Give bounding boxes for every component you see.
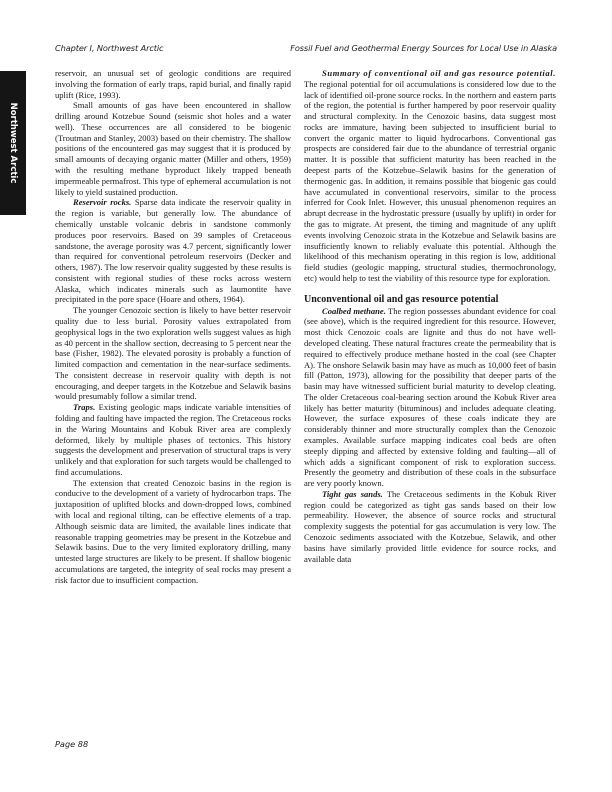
paragraph: Small amounts of gas have been encounter… [55, 100, 291, 197]
page-number: Page 88 [55, 739, 88, 749]
run-in-heading: Traps. [73, 402, 95, 412]
left-column: reservoir, an unusual set of geologic co… [55, 68, 291, 586]
paragraph-text: The regional potential for oil accumulat… [304, 79, 556, 283]
paragraph-text: The region possesses abundant evidence f… [304, 306, 556, 489]
paragraph-text: Sparse data indicate the reservoir quali… [55, 197, 291, 304]
paragraph-text: Existing geologic maps indicate variable… [55, 402, 291, 477]
paragraph: reservoir, an unusual set of geologic co… [55, 68, 291, 100]
side-tab-label: Northwest Arctic [8, 103, 18, 184]
running-header: Chapter I, Northwest Arctic Fossil Fuel … [55, 43, 557, 53]
paragraph-traps: Traps. Existing geologic maps indicate v… [55, 402, 291, 477]
section-side-tab: Northwest Arctic [0, 71, 26, 215]
run-in-heading: Coalbed methane. [322, 306, 386, 316]
paragraph-tight-gas-sands: Tight gas sands. The Cretaceous sediment… [304, 489, 556, 564]
paragraph-reservoir-rocks: Reservoir rocks. Sparse data indicate th… [55, 197, 291, 305]
chapter-title: Chapter I, Northwest Arctic [55, 43, 163, 53]
section-heading: Unconventional oil and gas resource pote… [304, 294, 556, 306]
paragraph-summary: Summary of conventional oil and gas reso… [304, 68, 556, 284]
paragraph: The extension that created Cenozoic basi… [55, 478, 291, 586]
run-in-heading: Reservoir rocks. [73, 197, 131, 207]
report-title: Fossil Fuel and Geothermal Energy Source… [290, 43, 557, 53]
run-in-heading: Tight gas sands. [322, 489, 383, 499]
paragraph: The younger Cenozoic section is likely t… [55, 305, 291, 402]
paragraph-coalbed-methane: Coalbed methane. The region possesses ab… [304, 306, 556, 489]
run-in-heading: Summary of conventional oil and gas reso… [322, 68, 556, 78]
right-column: Summary of conventional oil and gas reso… [304, 68, 556, 564]
paragraph-text: The Cretaceous sediments in the Kobuk Ri… [304, 489, 556, 564]
